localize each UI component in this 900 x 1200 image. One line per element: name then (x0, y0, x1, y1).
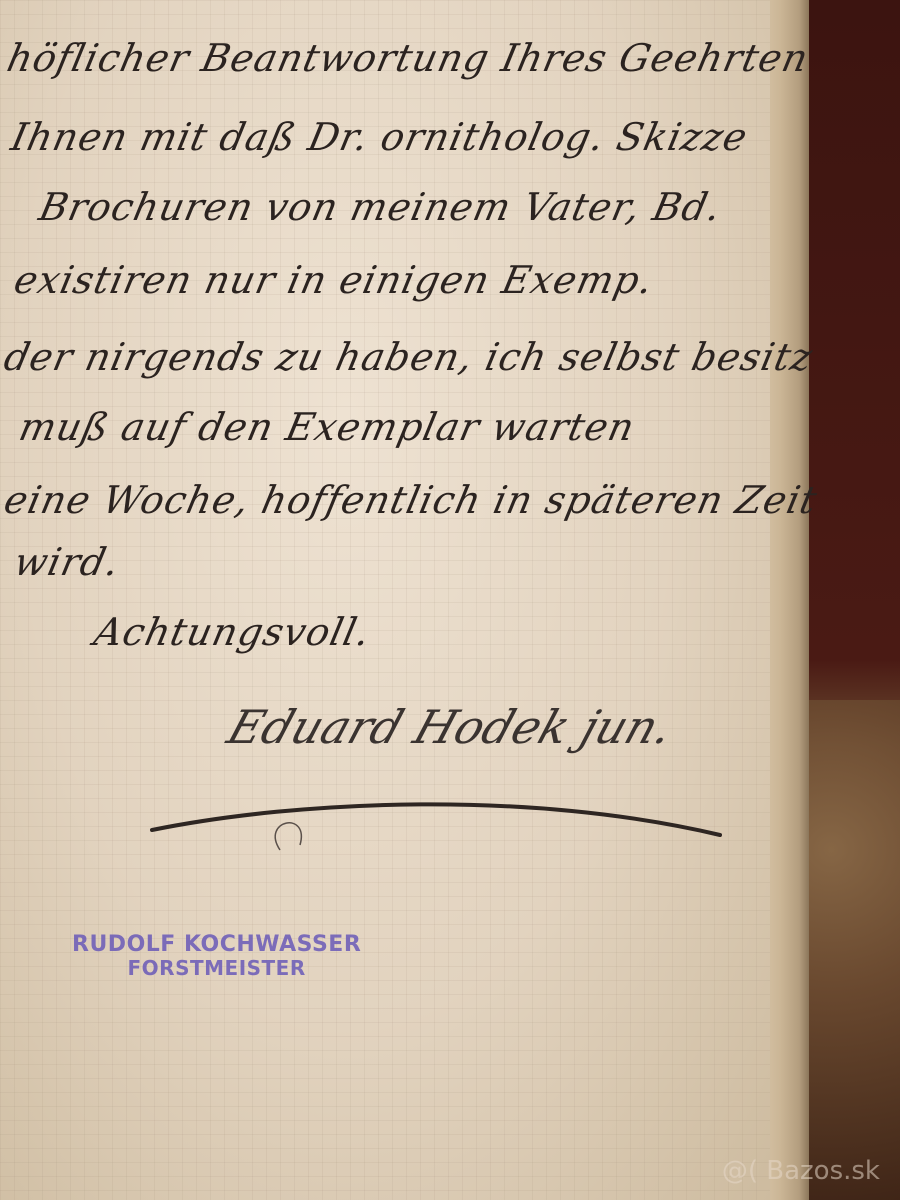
rubber-stamp: RUDOLF KOCHWASSER FORSTMEISTER (72, 932, 361, 980)
letter-line-6: muß auf den Exemplar warten (15, 405, 639, 449)
letter-line-7: eine Woche, hoffentlich in späteren Zeit (0, 478, 821, 522)
stamp-name: RUDOLF KOCHWASSER (72, 932, 361, 957)
letter-line-1: höflicher Beantwortung Ihres Geehrten (3, 36, 812, 80)
letter-page: höflicher Beantwortung Ihres Geehrten Ih… (0, 0, 770, 1200)
letter-line-3: Brochuren von meinem Vater, Bd. (35, 185, 725, 229)
watermark: @( Bazos.sk (722, 1156, 880, 1186)
signature: Eduard Hodek jun. (221, 700, 680, 754)
letter-line-5: der nirgends zu haben, ich selbst besitz (0, 335, 817, 379)
letter-line-8: wird. (10, 540, 124, 584)
stamp-title: FORSTMEISTER (72, 957, 361, 980)
signature-flourish-icon (150, 790, 730, 860)
letter-line-4: existiren nur in einigen Exemp. (10, 258, 657, 302)
letter-line-2: Ihnen mit daß Dr. ornitholog. Skizze (7, 115, 751, 159)
letter-closing: Achtungsvoll. (90, 610, 374, 654)
